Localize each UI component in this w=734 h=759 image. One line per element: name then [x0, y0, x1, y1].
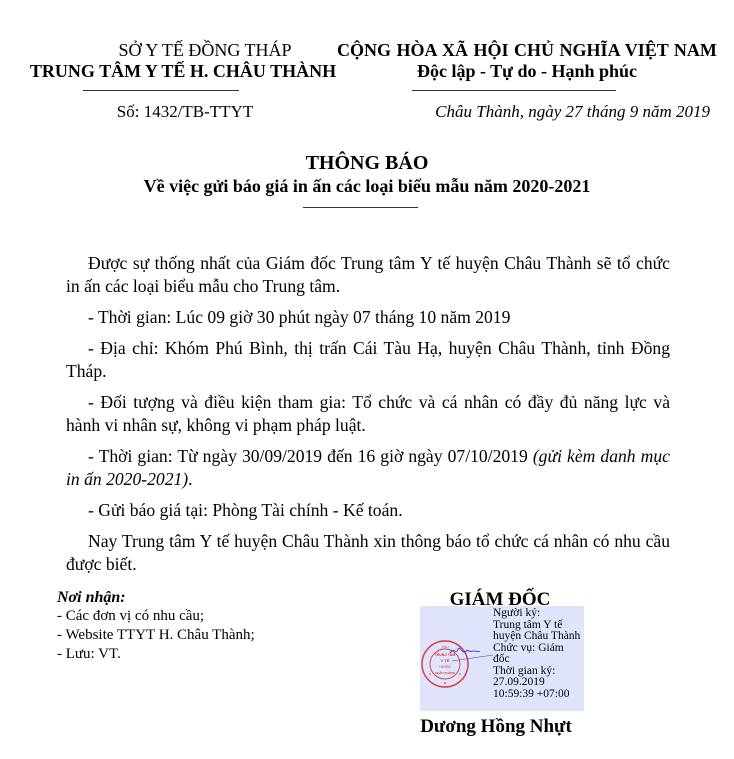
digital-signature-box[interactable]: TỈNH TRUNG TÂM Y TẾ HUYỆN CHÂU THÀNH Ngư… [420, 606, 584, 711]
recipient-item: - Các đơn vị có nhu cầu; [57, 607, 255, 626]
handwritten-signature-icon [440, 641, 495, 671]
signer-name: Dương Hồng Nhựt [396, 716, 596, 738]
sign-date: 27.09.2019 [493, 677, 583, 689]
eligibility-paragraph: - Đối tượng và điều kiện tham gia: Tổ ch… [66, 391, 670, 437]
intro-paragraph: Được sự thống nhất của Giám đốc Trung tâ… [66, 252, 670, 298]
sign-time: 10:59:39 +07:00 [493, 689, 583, 701]
recipients-block: Nơi nhận: - Các đơn vị có nhu cầu; - Web… [57, 588, 255, 664]
document-number: Số: 1432/TB-TTYT [40, 102, 330, 122]
period-text: - Thời gian: Từ ngày 30/09/2019 đến 16 g… [88, 446, 533, 466]
address-paragraph: - Địa chỉ: Khóm Phú Bình, thị trấn Cái T… [66, 337, 670, 383]
recipients-label: Nơi nhận: [57, 588, 255, 607]
recipient-item: - Lưu: VT. [57, 645, 255, 664]
place-date: Châu Thành, ngày 27 tháng 9 năm 2019 [420, 102, 710, 122]
signer-org: Trung tâm Y tế huyện Châu Thành [493, 620, 583, 643]
document-title: THÔNG BÁO [0, 151, 734, 175]
document-body: Được sự thống nhất của Giám đốc Trung tâ… [66, 252, 670, 584]
national-title: CỘNG HÒA XÃ HỘI CHỦ NGHĨA VIỆT NAM [320, 40, 734, 61]
divider-right [412, 90, 616, 91]
organization-name: TRUNG TÂM Y TẾ H. CHÂU THÀNH [18, 61, 348, 82]
document-subtitle: Về việc gửi báo giá in ấn các loại biểu … [0, 175, 734, 197]
period-paragraph: - Thời gian: Từ ngày 30/09/2019 đến 16 g… [66, 445, 670, 491]
divider-title [303, 207, 418, 208]
closing-paragraph: Nay Trung tâm Y tế huyện Châu Thành xin … [66, 530, 670, 576]
period-end: . [188, 469, 192, 489]
recipient-item: - Website TTYT H. Châu Thành; [57, 626, 255, 645]
time-paragraph: - Thời gian: Lúc 09 giờ 30 phút ngày 07 … [66, 306, 670, 329]
divider-left [83, 90, 239, 91]
position-line: Chức vụ: Giám đốc [493, 643, 583, 666]
submit-paragraph: - Gửi báo giá tại: Phòng Tài chính - Kế … [66, 499, 670, 522]
signer-label: Người ký: [493, 608, 583, 620]
position-label: Chức vụ: [493, 642, 535, 654]
signature-details: Người ký: Trung tâm Y tế huyện Châu Thàn… [493, 608, 583, 700]
national-motto: Độc lập - Tự do - Hạnh phúc [320, 61, 734, 82]
